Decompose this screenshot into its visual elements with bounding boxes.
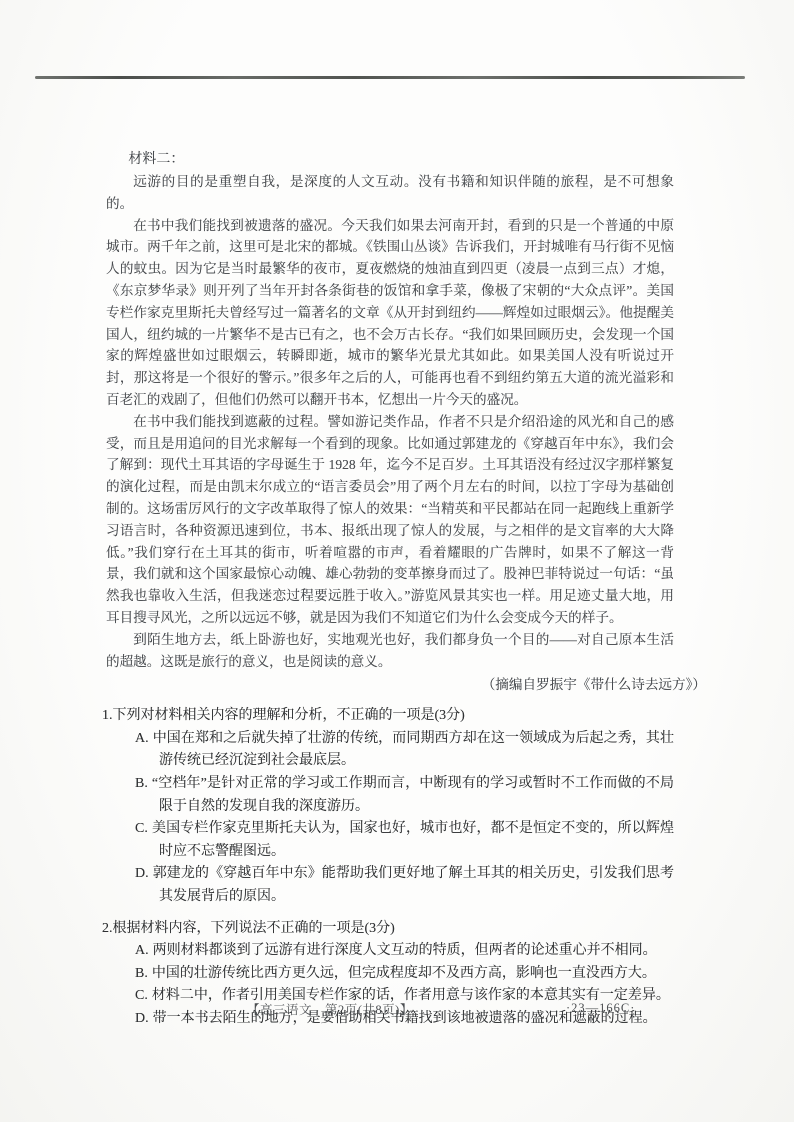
exam-page-scan: 材料二： 远游的目的是重塑自我，是深度的人文互动。没有书籍和知识伴随的旅程，是不… <box>0 0 794 1122</box>
option-label: D. <box>135 1011 153 1026</box>
option-label: B. <box>135 966 152 981</box>
material-two-heading: 材料二： <box>106 148 674 171</box>
option-label: D. <box>135 866 153 881</box>
option-label: C. <box>135 821 152 836</box>
question-1-stem: 1.下列对材料相关内容的理解和分析，不正确的一项是(3分) <box>102 705 674 728</box>
material-paragraph: 在书中我们能找到被遗落的盛况。今天我们如果去河南开封，看到的只是一个普通的中原城… <box>106 215 674 411</box>
question-1-option-c: C.美国专栏作家克里斯托夫认为，国家也好，城市也好，都不是恒定不变的，所以辉煌时… <box>135 818 674 863</box>
question-1-option-a: A.中国在郑和之后就失掉了壮游的传统，而同期西方却在这一领域成为后起之秀，其壮游… <box>135 728 674 773</box>
footer-paper-code: ·23—166C· <box>566 1001 635 1016</box>
question-1: 1.下列对材料相关内容的理解和分析，不正确的一项是(3分) A.中国在郑和之后就… <box>106 705 674 908</box>
option-label: C. <box>135 988 152 1003</box>
option-label: A. <box>135 731 153 746</box>
option-label: B. <box>135 776 152 791</box>
material-paragraph: 远游的目的是重塑自我，是深度的人文互动。没有书籍和知识伴随的旅程，是不可想象的。 <box>106 171 674 215</box>
exam-content: 材料二： 远游的目的是重塑自我，是深度的人文互动。没有书籍和知识伴随的旅程，是不… <box>106 148 674 1030</box>
question-2-stem: 2.根据材料内容，下列说法不正确的一项是(3分) <box>102 918 674 941</box>
footer-page-info: 【高三语文 第2页(共8页)】 <box>247 1000 413 1018</box>
option-text: 美国专栏作家克里斯托夫认为，国家也好，城市也好，都不是恒定不变的，所以辉煌时应不… <box>152 821 674 859</box>
material-paragraph: 到陌生地方去，纸上卧游也好，实地观光也好，我们都身负一个目的——对自己原本生活的… <box>106 629 674 673</box>
option-text: 郭建龙的《穿越百年中东》能帮助我们更好地了解土耳其的相关历史，引发我们思考其发展… <box>153 866 674 904</box>
scan-edge-line <box>35 76 745 79</box>
option-text: 中国的壮游传统比西方更久远，但完成程度却不及西方高，影响也一直没西方大。 <box>152 966 656 981</box>
question-2-option-b: B.中国的壮游传统比西方更久远，但完成程度却不及西方高，影响也一直没西方大。 <box>135 963 674 986</box>
option-text: 两则材料都谈到了远游有进行深度人文互动的特质，但两者的论述重心并不相同。 <box>153 943 657 958</box>
option-label: A. <box>135 943 153 958</box>
source-attribution: （摘编自罗振宇《带什么诗去远方》） <box>106 673 706 696</box>
option-text: 中国在郑和之后就失掉了壮游的传统，而同期西方却在这一领域成为后起之秀，其壮游传统… <box>153 731 674 769</box>
question-1-option-d: D.郭建龙的《穿越百年中东》能帮助我们更好地了解土耳其的相关历史，引发我们思考其… <box>135 863 674 908</box>
material-paragraph: 在书中我们能找到遮蔽的过程。譬如游记类作品，作者不只是介绍沿途的风光和自己的感受… <box>106 411 674 629</box>
question-2-option-a: A.两则材料都谈到了远游有进行深度人文互动的特质，但两者的论述重心并不相同。 <box>135 940 674 963</box>
option-text: “空档年”是针对正常的学习或工作期而言，中断现有的学习或暂时不工作而做的不局限于… <box>152 776 674 814</box>
question-1-option-b: B.“空档年”是针对正常的学习或工作期而言，中断现有的学习或暂时不工作而做的不局… <box>135 773 674 818</box>
